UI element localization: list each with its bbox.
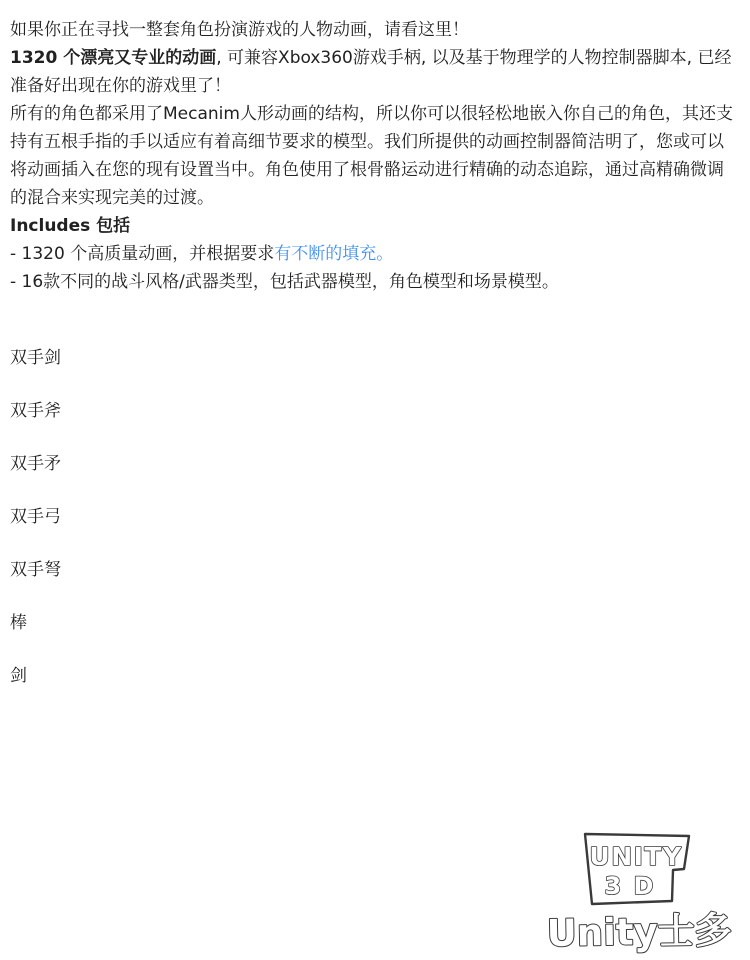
weapon-list: 双手剑双手斧双手矛双手弓双手弩棒剑 xyxy=(10,344,736,690)
description-paragraph: 所有的角色都采用了Mecanim人形动画的结构，所以你可以很轻松地嵌入你自己的角… xyxy=(10,100,736,212)
feature-animations: - 1320 个高质量动画，并根据要求有不断的填充。 xyxy=(10,240,736,268)
feature-animations-text: - 1320 个高质量动画，并根据要求 xyxy=(10,244,274,264)
logo-unity-text: UNITY xyxy=(589,842,682,871)
includes-heading: Includes 包括 xyxy=(10,212,736,240)
weapon-item: 棒 xyxy=(10,609,736,637)
weapon-item: 双手剑 xyxy=(10,344,736,372)
headline-bold-text: 1320 个漂亮又专业的动画 xyxy=(10,48,216,68)
weapon-item: 剑 xyxy=(10,662,736,690)
brand-unity-shiduo-text: Unity士多 xyxy=(546,909,732,955)
feature-combat-styles: - 16款不同的战斗风格/武器类型，包括武器模型，角色模型和场景模型。 xyxy=(10,268,736,296)
headline-paragraph: 1320 个漂亮又专业的动画, 可兼容Xbox360游戏手柄, 以及基于物理学的… xyxy=(10,44,736,100)
weapon-item: 双手矛 xyxy=(10,450,736,478)
logo-3d-text: 3 D xyxy=(605,872,656,900)
logo-flag-shape xyxy=(585,834,689,904)
continuous-updates-link[interactable]: 有不断的填充。 xyxy=(274,244,393,264)
intro-paragraph: 如果你正在寻找一整套角色扮演游戏的人物动画，请看这里！ xyxy=(10,16,736,44)
weapon-item: 双手弩 xyxy=(10,556,736,584)
product-description-page: 如果你正在寻找一整套角色扮演游戏的人物动画，请看这里！ 1320 个漂亮又专业的… xyxy=(0,0,750,960)
weapon-item: 双手弓 xyxy=(10,503,736,531)
unity3d-logo-icon: UNITY 3 D Unity士多 xyxy=(543,826,747,958)
weapon-item: 双手斧 xyxy=(10,397,736,425)
unity-shiduo-watermark: UNITY 3 D Unity士多 xyxy=(543,826,747,958)
